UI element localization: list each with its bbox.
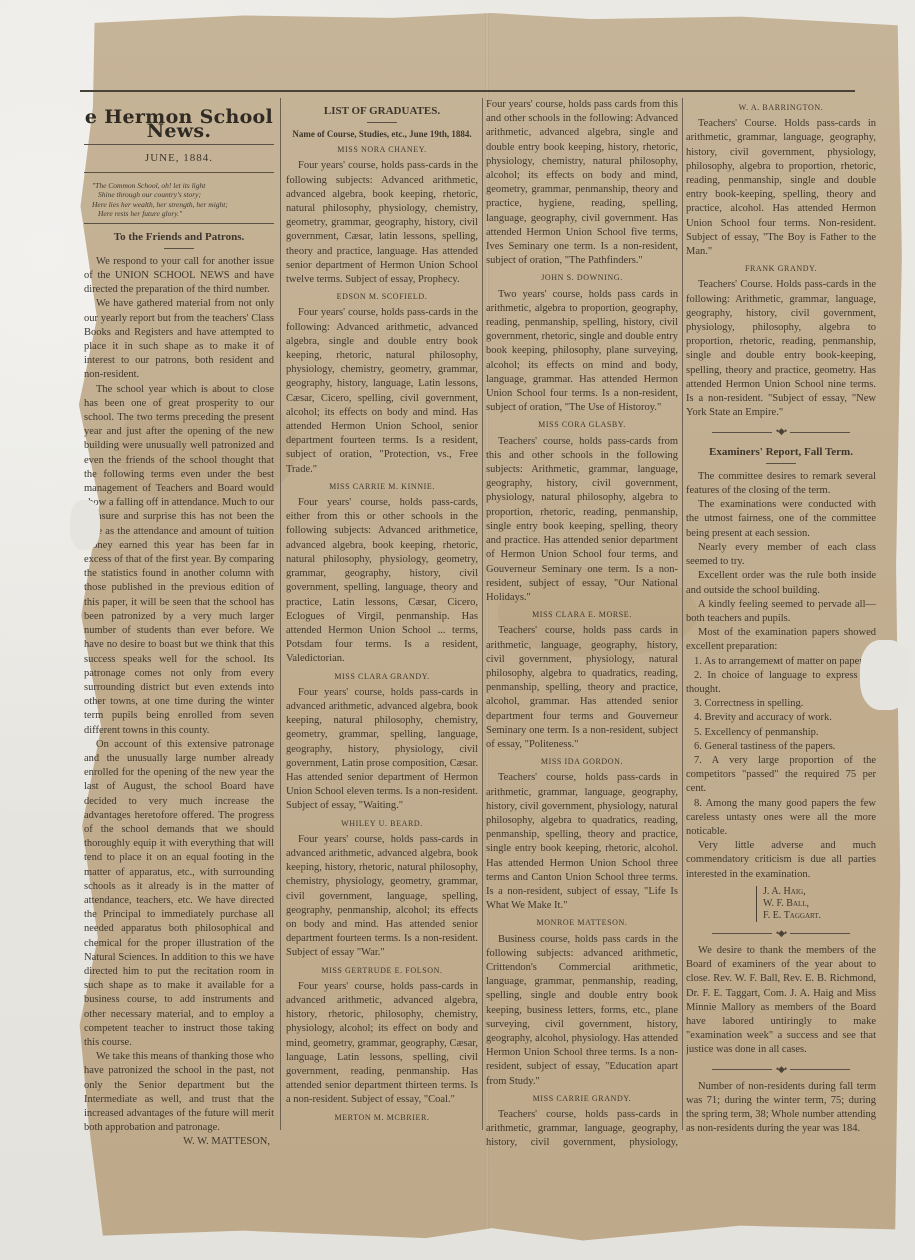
motto-line: Here rests her future glory.": [92, 209, 266, 219]
friends-headline: To the Friends and Patrons.: [84, 230, 274, 244]
list-item: 6. General tastiness of the papers.: [686, 740, 876, 754]
graduate-entry: Teachers' course, holds pass-cards from …: [486, 435, 678, 605]
list-item: 2. In choice of language to express the …: [686, 669, 876, 697]
graduate-name: MISS CARRIE GRANDY.: [486, 1092, 678, 1106]
newspaper-page: e Hermon School News. JUNE, 1884. "The C…: [80, 90, 855, 1150]
list-item: 3. Correctness in spelling.: [686, 697, 876, 711]
paragraph: Excellent order was the rule both inside…: [686, 569, 876, 597]
graduate-name: MISS GERTRUDE E. FOLSON.: [286, 964, 478, 978]
list-item: 7. A very large proportion of the compet…: [686, 754, 876, 797]
list-item: 1. As to arrangemeмt of matter on papers…: [686, 655, 876, 669]
graduate-name: WHILEY U. BEARD.: [286, 817, 478, 831]
graduate-name: MERTON M. McBRIER.: [286, 1111, 478, 1125]
graduate-name: EDSON M. SCOFIELD.: [286, 290, 478, 304]
divider: [164, 248, 194, 249]
motto-line: Shine through our country's story;: [92, 190, 266, 200]
graduate-entry: Two years' course, holds pass cards in a…: [486, 288, 678, 416]
motto-line: Here lies her wealth, her strength, her …: [92, 200, 266, 210]
graduate-name: MISS CARRIE M. KINNIE.: [286, 480, 478, 494]
graduate-name: MISS IDA GORDON.: [486, 755, 678, 769]
paragraph: Nearly every member of each class seemed…: [686, 541, 876, 569]
graduate-entry: Teachers' course, holds pass-cards in ar…: [486, 1108, 678, 1150]
paragraph: On account of this extensive patronage a…: [84, 738, 274, 1050]
paragraph: We take this means of thanking those who…: [84, 1050, 274, 1135]
column-2: LIST OF GRADUATES. Name of Course, Studi…: [286, 98, 478, 1150]
top-rule: [80, 90, 855, 92]
divider: [766, 463, 796, 464]
graduate-entry: Four years' course, holds pass-cards in …: [286, 306, 478, 476]
ornament-divider: •◆•: [686, 1062, 876, 1076]
graduate-name: MISS NORA CHANEY.: [286, 143, 478, 157]
ornament-divider: •◆•: [686, 926, 876, 940]
examiners-headline: Examiners' Report, Fall Term.: [686, 445, 876, 459]
graduates-headline: LIST OF GRADUATES.: [286, 104, 478, 118]
motto-line: "The Common School, oh! let its light: [92, 181, 266, 191]
list-item: 5. Excellency of penmanship.: [686, 726, 876, 740]
graduate-name: JOHN S. DOWNING.: [486, 271, 678, 285]
paragraph: Most of the examination papers showed ex…: [686, 626, 876, 654]
signature: W. W. MATTESON,: [84, 1135, 274, 1149]
graduate-name: MISS CORA GLASBY.: [486, 418, 678, 432]
column-3: Four years' course, holds pass cards fro…: [486, 98, 678, 1150]
paragraph: We have gathered material from not only …: [84, 297, 274, 382]
signer: F. E. Taggart.: [763, 910, 876, 922]
graduate-entry: Teachers' course, holds pass cards in ar…: [486, 624, 678, 752]
thanks-paragraph: We desire to thank the members of the Bo…: [686, 944, 876, 1058]
graduate-entry: Four years' course, holds pass-cards in …: [286, 159, 478, 287]
paragraph: A kindly feeling seemed to pervade all—b…: [686, 598, 876, 626]
column-divider: [682, 98, 683, 1130]
paragraph: The school year which is about to close …: [84, 383, 274, 738]
paper-tear: [70, 500, 100, 550]
ornament-divider: •◆•: [686, 424, 876, 438]
paragraph: The examinations were conducted with the…: [686, 498, 876, 541]
paragraph: Very little adverse and much commendator…: [686, 839, 876, 882]
graduate-name: MISS CLARA E. MORSE.: [486, 608, 678, 622]
graduate-entry: Teachers' course, holds pass-cards in ar…: [486, 771, 678, 913]
graduate-entry: Four years' course, holds pass-cards in …: [286, 833, 478, 961]
paragraph: The committee desires to remark several …: [686, 470, 876, 498]
graduates-subhead: Name of Course, Studies, etc., June 19th…: [286, 129, 478, 140]
graduate-name: FRANK GRANDY.: [686, 262, 876, 276]
column-4: W. A. BARRINGTON. Teachers' Course. Hold…: [686, 98, 876, 1150]
graduate-name: MISS CLARA GRANDY.: [286, 670, 478, 684]
graduate-name: W. A. BARRINGTON.: [686, 101, 876, 115]
dateline: JUNE, 1884.: [84, 144, 274, 172]
paragraph: We respond to your call for another issu…: [84, 255, 274, 298]
list-item: 4. Brevity and accuracy of work.: [686, 711, 876, 725]
graduate-entry: Four years' course, holds pass-cards in …: [286, 686, 478, 814]
graduate-entry: Four years' course, holds pass cards fro…: [486, 98, 678, 268]
paper-tear: [860, 640, 910, 710]
signers: J. A. Haig, W. F. Ball, F. E. Taggart.: [756, 886, 876, 922]
list-item: 8. Among the many good papers the few ca…: [686, 797, 876, 840]
masthead-title: e Hermon School News.: [84, 110, 274, 138]
graduate-entry: Four years' course, holds pass-cards in …: [286, 980, 478, 1108]
column-divider: [482, 98, 483, 1130]
motto: "The Common School, oh! let its light Sh…: [84, 177, 274, 224]
divider: [367, 122, 397, 123]
column-1: e Hermon School News. JUNE, 1884. "The C…: [84, 98, 274, 1150]
column-divider: [280, 98, 281, 1130]
signer: J. A. Haig,: [763, 886, 876, 898]
signer: W. F. Ball,: [763, 898, 876, 910]
graduate-name: MONROE MATTESON.: [486, 916, 678, 930]
graduate-entry: Teachers' Course. Holds pass-cards in th…: [686, 278, 876, 420]
nonresidents-paragraph: Number of non-residents during fall term…: [686, 1080, 876, 1137]
graduate-entry: Four years' course, holds pass-cards, ei…: [286, 496, 478, 666]
graduate-entry: Business course, holds pass cards in the…: [486, 933, 678, 1089]
graduate-entry: Teachers' Course. Holds pass-cards in ar…: [686, 117, 876, 259]
